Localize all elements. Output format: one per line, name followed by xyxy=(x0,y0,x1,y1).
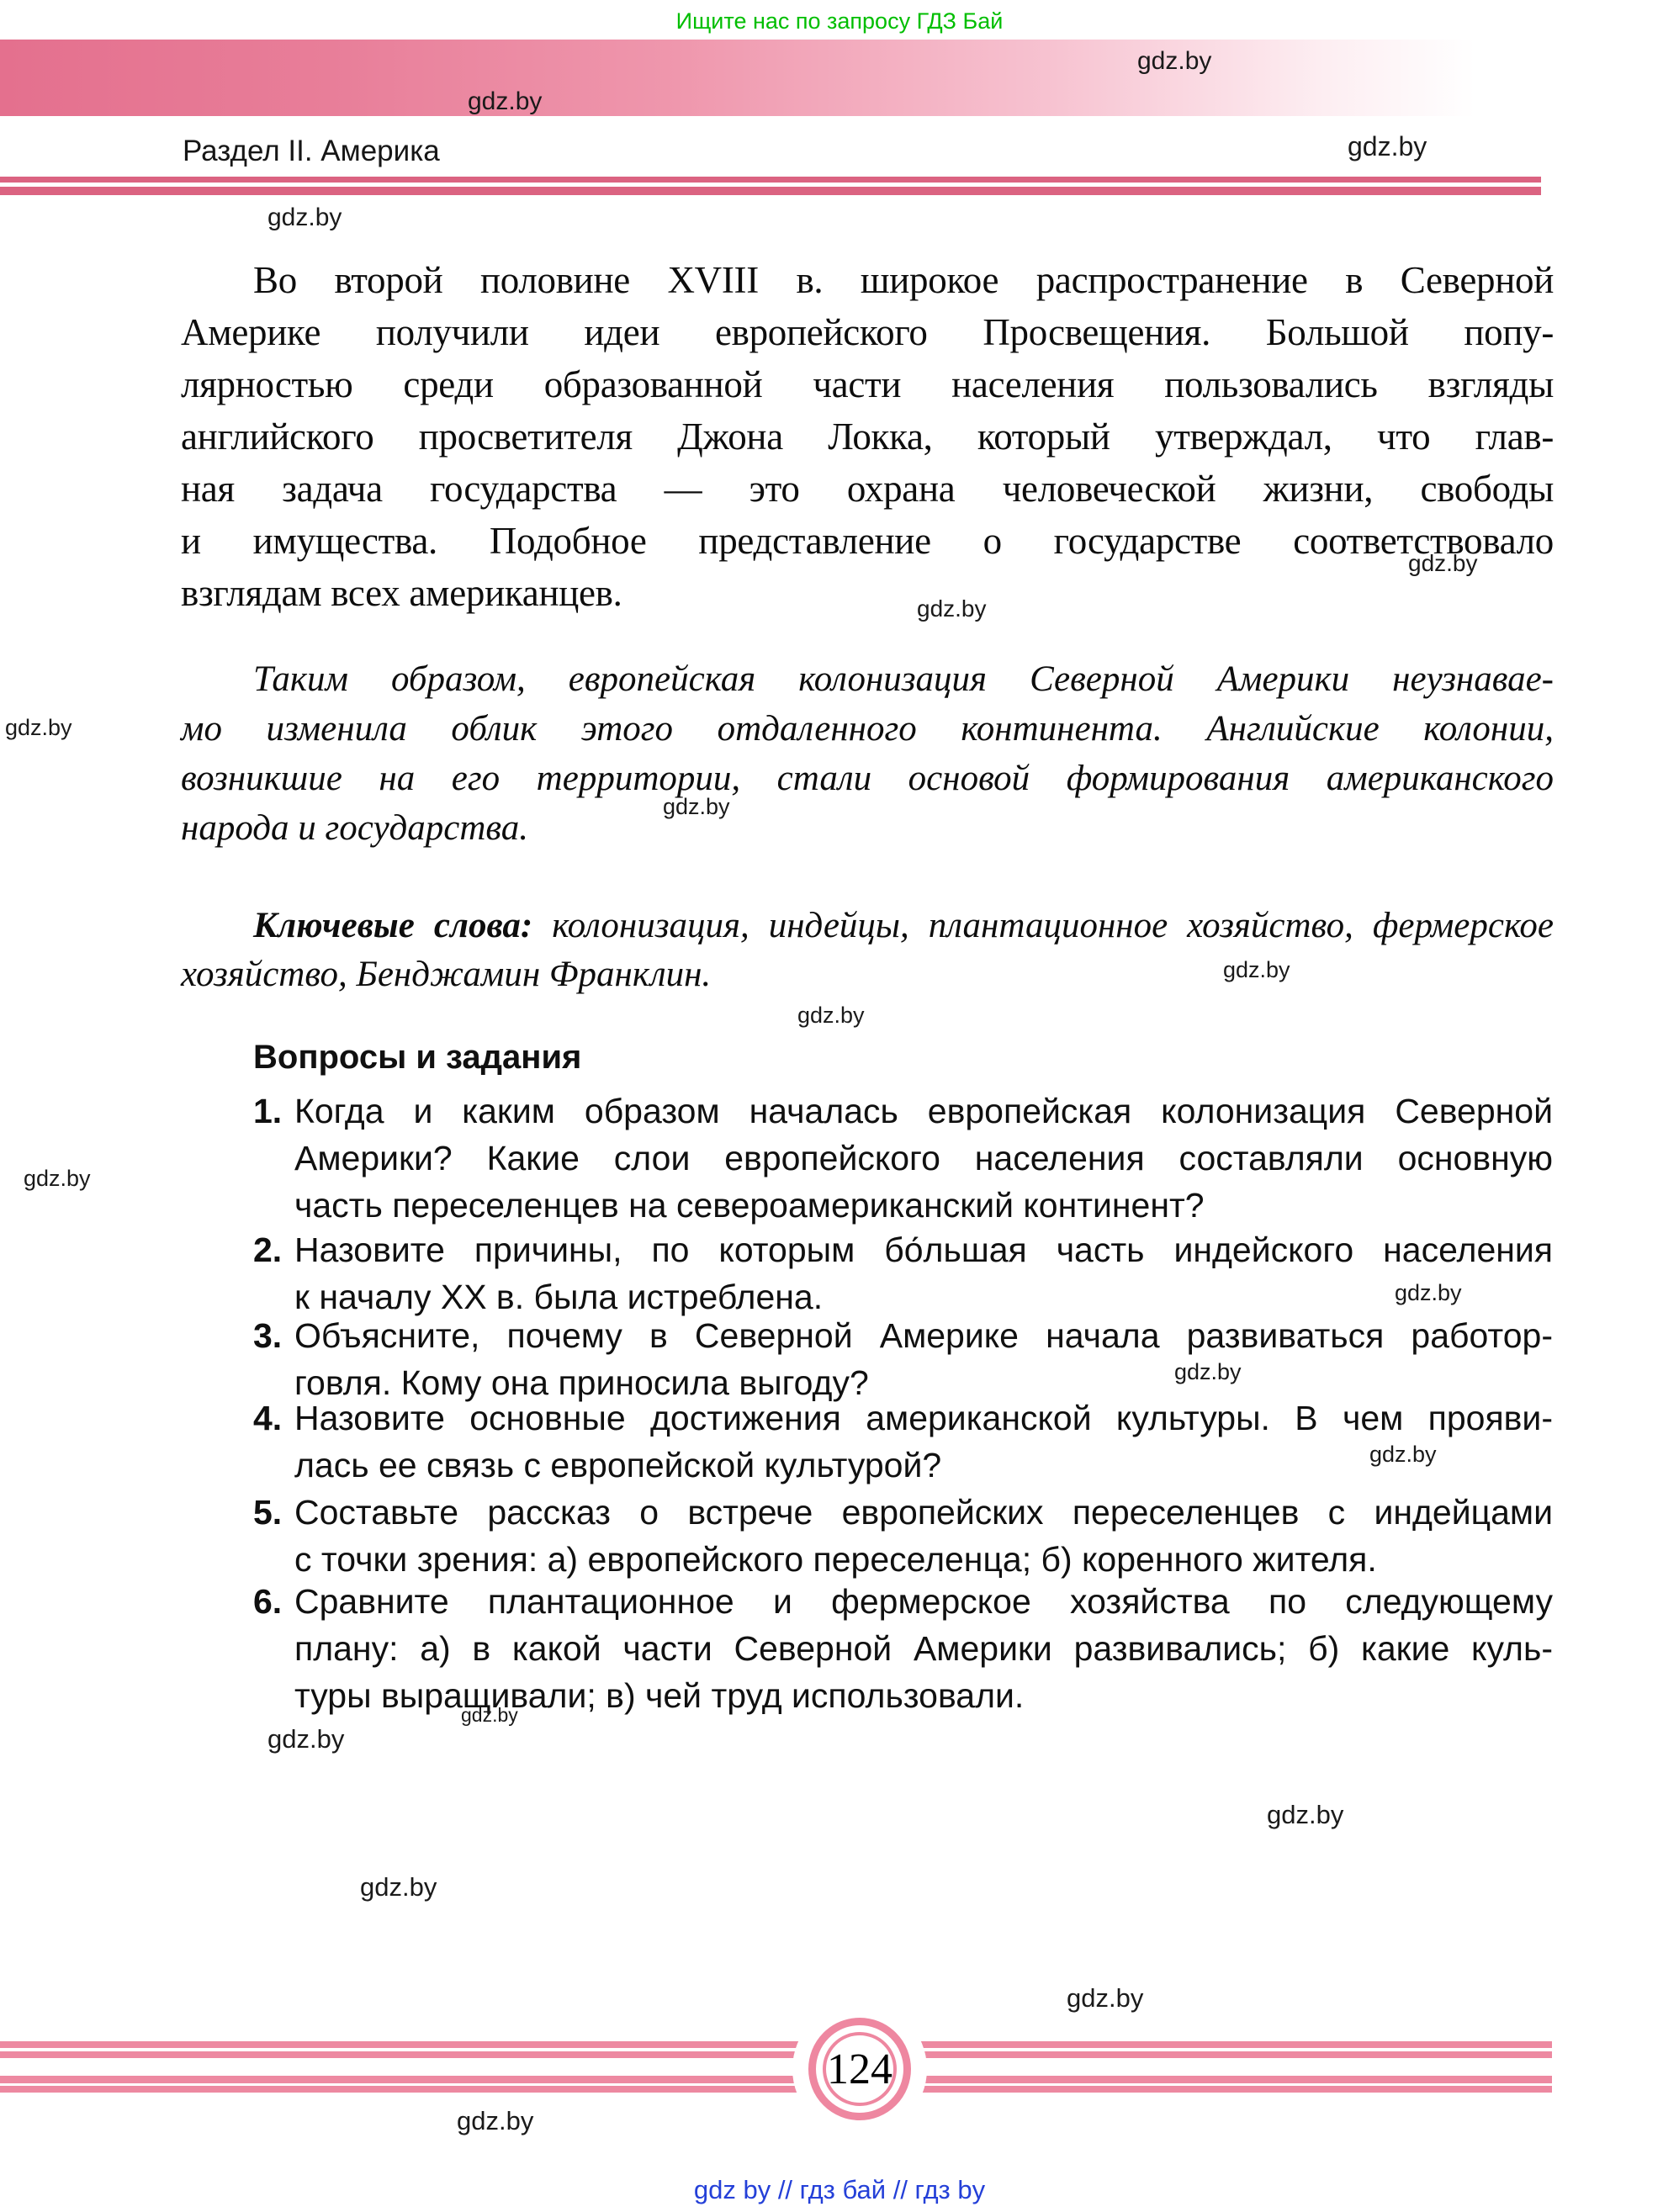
paragraph-line: Таким образом, европейская колонизация С… xyxy=(181,654,1554,704)
gdz-watermark: gdz.by xyxy=(917,597,987,621)
header-rule-thick xyxy=(0,187,1541,195)
gdz-watermark: gdz.by xyxy=(461,1706,518,1725)
gdz-watermark: gdz.by xyxy=(1223,959,1290,982)
header-gradient-bar xyxy=(0,40,1506,116)
question-item: 6. Сравните плантационное и фермерское х… xyxy=(253,1578,1553,1719)
question-line: Назовите причины, по которым бо́льшая ча… xyxy=(294,1226,1553,1273)
paragraph-line: народа и государства. xyxy=(181,803,1554,853)
gdz-watermark: gdz.by xyxy=(1137,49,1211,74)
gdz-watermark: gdz.by xyxy=(267,1726,344,1752)
question-line: Сравните плантационное и фермерское хозя… xyxy=(294,1578,1553,1625)
paragraph-line: лярностью среди образованной части насел… xyxy=(181,358,1554,410)
summary-paragraph: Таким образом, европейская колонизация С… xyxy=(181,654,1554,853)
question-line: Объясните, почему в Северной Америке нач… xyxy=(294,1312,1553,1359)
gdz-watermark: gdz.by xyxy=(1408,552,1478,575)
textbook-page: Ищите нас по запросу ГДЗ Бай gdz.by gdz.… xyxy=(0,0,1679,2212)
gdz-watermark: gdz.by xyxy=(24,1167,91,1190)
page-number: 124 xyxy=(827,2045,892,2094)
gdz-watermark: gdz.by xyxy=(1174,1361,1242,1384)
gdz-watermark: gdz.by xyxy=(1369,1443,1437,1466)
question-line: Назовите основные достижения американско… xyxy=(294,1394,1553,1442)
question-item: 3. Объясните, почему в Северной Америке … xyxy=(253,1312,1553,1406)
keywords-paragraph: Ключевые слова: колонизация, индейцы, пл… xyxy=(181,902,1554,999)
question-item: 4. Назовите основные достижения американ… xyxy=(253,1394,1553,1489)
gdz-watermark: gdz.by xyxy=(1395,1282,1462,1304)
question-number: 1. xyxy=(253,1087,282,1135)
gdz-watermark: gdz.by xyxy=(797,1004,865,1027)
header-rule-thin xyxy=(0,177,1541,183)
question-line: плану: а) в какой части Северной Америки… xyxy=(294,1625,1553,1672)
question-item: 5. Составьте рассказ о встрече европейск… xyxy=(253,1489,1553,1583)
paragraph-line: возникшие на его территории, стали основ… xyxy=(181,754,1554,803)
gdz-watermark: gdz.by xyxy=(1348,133,1427,160)
keywords-line: хозяйство, Бенджамин Франклин. xyxy=(181,950,1554,999)
gdz-watermark: gdz.by xyxy=(5,717,72,739)
question-line: Когда и каким образом началась европейск… xyxy=(294,1087,1553,1135)
question-line: Америки? Какие слои европейского населен… xyxy=(294,1135,1553,1182)
question-item: 2. Назовите причины, по которым бо́льшая… xyxy=(253,1226,1553,1320)
footer-rule xyxy=(0,2041,1552,2048)
question-line: часть переселенцев на североамериканский… xyxy=(294,1182,1553,1229)
question-line: лась ее связь с европейской культурой? xyxy=(294,1442,1553,1489)
question-line: с точки зрения: а) европейского переселе… xyxy=(294,1536,1553,1583)
keywords-text: колонизация, индейцы, плантационное хозя… xyxy=(532,906,1554,945)
gdz-watermark: gdz.by xyxy=(1067,1985,1143,2011)
paragraph-line: Во второй половине XVIII в. широкое расп… xyxy=(181,254,1554,306)
gdz-watermark: gdz.by xyxy=(663,796,730,818)
question-number: 3. xyxy=(253,1312,282,1359)
question-number: 4. xyxy=(253,1394,282,1442)
question-number: 6. xyxy=(253,1578,282,1625)
gdz-watermark: gdz.by xyxy=(1267,1802,1343,1828)
paragraph-line: английского просветителя Джона Локка, ко… xyxy=(181,410,1554,463)
gdz-watermark: gdz.by xyxy=(468,89,542,114)
top-banner-text: Ищите нас по запросу ГДЗ Бай xyxy=(0,8,1679,34)
keywords-label: Ключевые слова: xyxy=(253,906,532,945)
footer-rule xyxy=(0,2051,1552,2058)
paragraph-line: Америке получили идеи европейского Просв… xyxy=(181,306,1554,358)
gdz-watermark: gdz.by xyxy=(267,205,342,230)
paragraph-line: мо изменила облик этого отдаленного конт… xyxy=(181,704,1554,754)
question-number: 5. xyxy=(253,1489,282,1536)
footer-rule xyxy=(0,2086,1552,2093)
section-title: Раздел II. Америка xyxy=(183,135,440,168)
page-number-badge-inner: 124 xyxy=(823,2032,897,2106)
paragraph-line: и имущества. Подобное представление о го… xyxy=(181,515,1554,567)
question-number: 2. xyxy=(253,1226,282,1273)
question-item: 1. Когда и каким образом началась европе… xyxy=(253,1087,1553,1229)
keywords-line: Ключевые слова: колонизация, индейцы, пл… xyxy=(181,902,1554,950)
questions-heading: Вопросы и задания xyxy=(253,1039,581,1077)
gdz-watermark: gdz.by xyxy=(457,2108,533,2134)
question-line: Составьте рассказ о встрече европейских … xyxy=(294,1489,1553,1536)
footer-links: gdz by // гдз бай // гдз by xyxy=(0,2175,1679,2205)
paragraph-line: ная задача государства — это охрана чело… xyxy=(181,463,1554,515)
gdz-watermark: gdz.by xyxy=(360,1874,437,1900)
paragraph-line: взглядам всех американцев. xyxy=(181,567,1554,619)
intro-paragraph: Во второй половине XVIII в. широкое расп… xyxy=(181,254,1554,619)
footer-rule xyxy=(0,2076,1552,2083)
